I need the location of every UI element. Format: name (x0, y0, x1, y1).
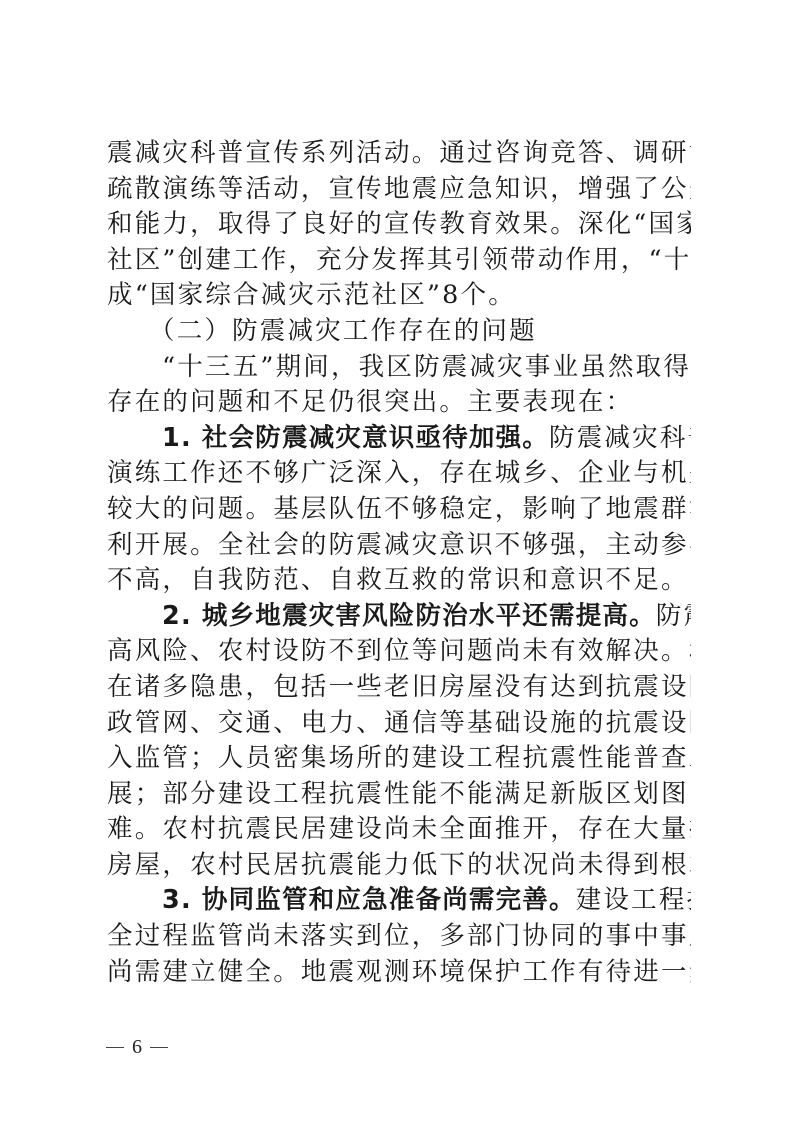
text-line: 社区”创建工作，充分发挥其引领带动作用，“十三五”期间共创 (107, 243, 691, 279)
item-text: 防震减灾的城市 (656, 601, 691, 631)
problem-item-1: 1. 社会防震减灾意识亟待加强。防震减灾科普宣传和避灾 演练工作还不够广泛深入，… (107, 421, 691, 599)
page-number: 6 (132, 1036, 142, 1059)
text-line: 政管网、交通、电力、通信等基础设施的抗震设防还没有完全纳 (107, 706, 691, 742)
text-line: 成“国家综合减灾示范社区”8个。 (107, 278, 691, 314)
section-heading: （二）防震减灾工作存在的问题 (107, 314, 691, 350)
item-text: 建设工程抗震设防要求 (576, 885, 691, 915)
dash-left (106, 1047, 124, 1048)
text-line: 在诸多隐患，包括一些老旧房屋没有达到抗震设防要求；一些市 (107, 670, 691, 706)
text-line: 入监管；人员密集场所的建设工程抗震性能普查工作尚未全面开 (107, 741, 691, 777)
text-line: 全过程监管尚未落实到位，多部门协同的事中事后监管制度体系 (107, 919, 691, 955)
text-line: 疏散演练等活动，宣传地震应急知识，增强了公众地震应急意识 (107, 172, 691, 208)
text-line: 和能力，取得了良好的宣传教育效果。深化“国家综合减灾示范 (107, 207, 691, 243)
problem-item-3: 3. 协同监管和应急准备尚需完善。建设工程抗震设防要求 全过程监管尚未落实到位，… (107, 883, 691, 990)
text-line: 震减灾科普宣传系列活动。通过咨询竞答、调研访谈、文艺汇演、 (107, 136, 691, 172)
text-line: 展；部分建设工程抗震性能不能满足新版区划图的要求，整改困 (107, 777, 691, 813)
text-line: 存在的问题和不足仍很突出。主要表现在： (107, 385, 691, 421)
document-page: 震减灾科普宣传系列活动。通过咨询竞答、调研访谈、文艺汇演、 疏散演练等活动，宣传… (107, 136, 691, 990)
text-line: 不高，自我防范、自救互救的常识和意识不足。 (107, 563, 691, 599)
text-line: 房屋，农村民居抗震能力低下的状况尚未得到根本改善。 (107, 848, 691, 884)
item-text: 防震减灾科普宣传和避灾 (549, 423, 691, 453)
item-title: 2. 城乡地震灾害风险防治水平还需提高。 (162, 601, 656, 631)
text-line: 尚需建立健全。地震观测环境保护工作有待进一步加强。地震应 (107, 955, 691, 991)
item-first-line: 1. 社会防震减灾意识亟待加强。防震减灾科普宣传和避灾 (107, 421, 691, 457)
item-title: 3. 协同监管和应急准备尚需完善。 (162, 885, 576, 915)
item-first-line: 2. 城乡地震灾害风险防治水平还需提高。防震减灾的城市 (107, 599, 691, 635)
paragraph-intro: “十三五”期间，我区防震减灾事业虽然取得了较大发展，但 存在的问题和不足仍很突出… (107, 350, 691, 421)
item-title: 1. 社会防震减灾意识亟待加强。 (162, 423, 549, 453)
item-first-line: 3. 协同监管和应急准备尚需完善。建设工程抗震设防要求 (107, 883, 691, 919)
text-line: 高风险、农村设防不到位等问题尚未有效解决。城市抗震性能存 (107, 634, 691, 670)
paragraph-continuation: 震减灾科普宣传系列活动。通过咨询竞答、调研访谈、文艺汇演、 疏散演练等活动，宣传… (107, 136, 691, 314)
text-line: 难。农村抗震民居建设尚未全面推开，存在大量抗震能力薄弱的 (107, 812, 691, 848)
text-line: “十三五”期间，我区防震减灾事业虽然取得了较大发展，但 (107, 350, 691, 386)
page-footer: 6 (106, 1036, 168, 1059)
dash-right (150, 1047, 168, 1048)
text-line: 较大的问题。基层队伍不够稳定，影响了地震群测群防工作的顺 (107, 492, 691, 528)
text-line: 利开展。全社会的防震减灾意识不够强，主动参与防震减灾热情 (107, 528, 691, 564)
problem-item-2: 2. 城乡地震灾害风险防治水平还需提高。防震减灾的城市 高风险、农村设防不到位等… (107, 599, 691, 884)
text-line: 演练工作还不够广泛深入，存在城乡、企业与机关事业单位差别 (107, 456, 691, 492)
